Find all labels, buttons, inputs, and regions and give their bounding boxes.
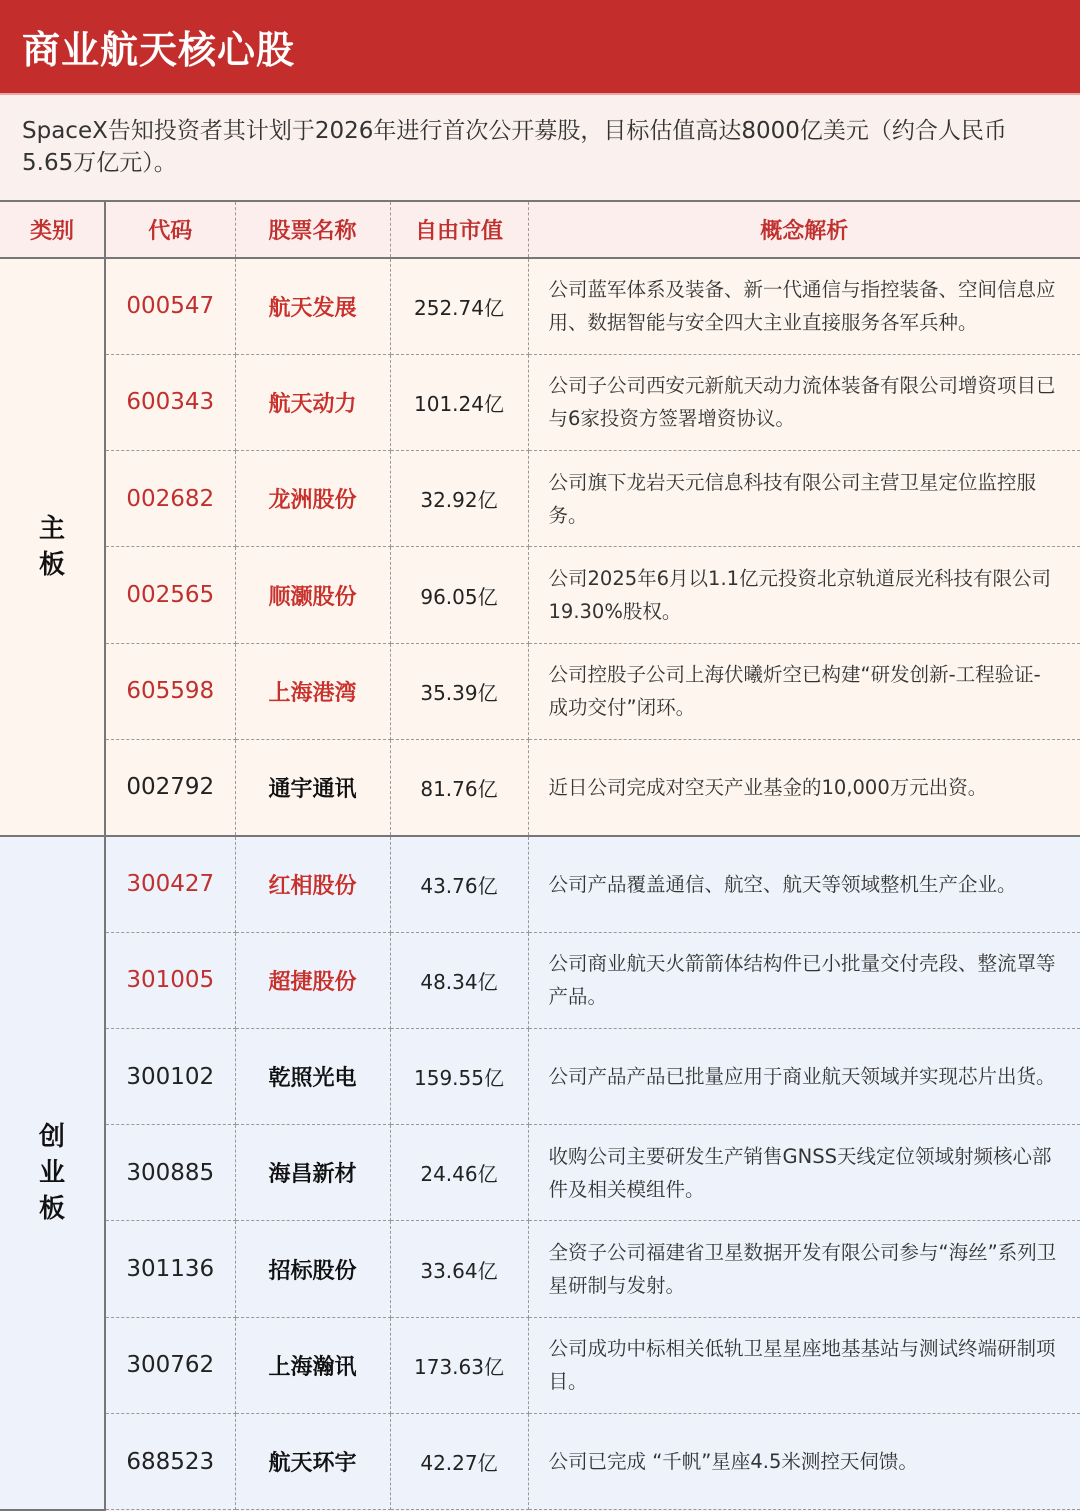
table-row: 300102乾照光电159.55亿公司产品产品已批量应用于商业航天领域并实现芯片… [0, 1028, 1080, 1124]
stock-name: 航天发展 [235, 258, 390, 354]
category-cell: 主板 [0, 258, 105, 836]
concept-description: 公司2025年6月以1.1亿元投资北京轨道辰光科技有限公司19.30%股权。 [528, 547, 1080, 643]
stock-name: 红相股份 [235, 836, 390, 932]
free-market-cap: 101.24亿 [390, 354, 528, 450]
table-row: 002682龙洲股份32.92亿公司旗下龙岩天元信息科技有限公司主营卫星定位监控… [0, 451, 1080, 547]
category-cell: 创业板 [0, 836, 105, 1510]
free-market-cap: 42.27亿 [390, 1414, 528, 1510]
header-free-market-cap: 自由市值 [390, 201, 528, 258]
free-market-cap: 173.63亿 [390, 1317, 528, 1413]
stock-code: 002682 [105, 451, 235, 547]
free-market-cap: 48.34亿 [390, 932, 528, 1028]
table-row: 301005超捷股份48.34亿公司商业航天火箭箭体结构件已小批量交付壳段、整流… [0, 932, 1080, 1028]
free-market-cap: 81.76亿 [390, 739, 528, 835]
stock-code: 605598 [105, 643, 235, 739]
table-row: 605598上海港湾35.39亿公司控股子公司上海伏曦炘空已构建“研发创新-工程… [0, 643, 1080, 739]
stock-name: 上海港湾 [235, 643, 390, 739]
table-header-row: 类别 代码 股票名称 自由市值 概念解析 [0, 201, 1080, 258]
stock-code: 300885 [105, 1125, 235, 1221]
concept-description: 近日公司完成对空天产业基金的10,000万元出资。 [528, 739, 1080, 835]
stock-name: 海昌新材 [235, 1125, 390, 1221]
concept-description: 公司已完成 “千帆”星座4.5米测控天伺馈。 [528, 1414, 1080, 1510]
free-market-cap: 32.92亿 [390, 451, 528, 547]
table-row: 300885海昌新材24.46亿收购公司主要研发生产销售GNSS天线定位领域射频… [0, 1125, 1080, 1221]
stock-code: 301136 [105, 1221, 235, 1317]
header-concept-analysis: 概念解析 [528, 201, 1080, 258]
stock-name: 顺灏股份 [235, 547, 390, 643]
stock-code: 002565 [105, 547, 235, 643]
stock-name: 超捷股份 [235, 932, 390, 1028]
table-row: 688523航天环宇42.27亿公司已完成 “千帆”星座4.5米测控天伺馈。 [0, 1414, 1080, 1510]
concept-description: 公司商业航天火箭箭体结构件已小批量交付壳段、整流罩等产品。 [528, 932, 1080, 1028]
table-row: 600343航天动力101.24亿公司子公司西安元新航天动力流体装备有限公司增资… [0, 354, 1080, 450]
stock-name: 龙洲股份 [235, 451, 390, 547]
table-row: 002792通宇通讯81.76亿近日公司完成对空天产业基金的10,000万元出资… [0, 739, 1080, 835]
concept-description: 公司子公司西安元新航天动力流体装备有限公司增资项目已与6家投资方签署增资协议。 [528, 354, 1080, 450]
free-market-cap: 252.74亿 [390, 258, 528, 354]
stock-table: 类别 代码 股票名称 自由市值 概念解析 主板000547航天发展252.74亿… [0, 200, 1080, 1511]
table-row: 002565顺灏股份96.05亿公司2025年6月以1.1亿元投资北京轨道辰光科… [0, 547, 1080, 643]
table-row: 301136招标股份33.64亿全资子公司福建省卫星数据开发有限公司参与“海丝”… [0, 1221, 1080, 1317]
header-category: 类别 [0, 201, 105, 258]
stock-name: 乾照光电 [235, 1028, 390, 1124]
table-row: 主板000547航天发展252.74亿公司蓝军体系及装备、新一代通信与指控装备、… [0, 258, 1080, 354]
stock-code: 300102 [105, 1028, 235, 1124]
free-market-cap: 43.76亿 [390, 836, 528, 932]
stock-code: 300762 [105, 1317, 235, 1413]
stock-code: 688523 [105, 1414, 235, 1510]
stock-name: 通宇通讯 [235, 739, 390, 835]
concept-description: 公司产品覆盖通信、航空、航天等领域整机生产企业。 [528, 836, 1080, 932]
header-stock-name: 股票名称 [235, 201, 390, 258]
concept-description: 公司产品产品已批量应用于商业航天领域并实现芯片出货。 [528, 1028, 1080, 1124]
stock-name: 上海瀚讯 [235, 1317, 390, 1413]
concept-description: 公司旗下龙岩天元信息科技有限公司主营卫星定位监控服务。 [528, 451, 1080, 547]
stock-name: 招标股份 [235, 1221, 390, 1317]
stock-code: 300427 [105, 836, 235, 932]
table-row: 300762上海瀚讯173.63亿公司成功中标相关低轨卫星星座地基基站与测试终端… [0, 1317, 1080, 1413]
stock-code: 600343 [105, 354, 235, 450]
header-code: 代码 [105, 201, 235, 258]
free-market-cap: 96.05亿 [390, 547, 528, 643]
concept-description: 公司控股子公司上海伏曦炘空已构建“研发创新-工程验证-成功交付”闭环。 [528, 643, 1080, 739]
concept-description: 公司蓝军体系及装备、新一代通信与指控装备、空间信息应用、数据智能与安全四大主业直… [528, 258, 1080, 354]
free-market-cap: 35.39亿 [390, 643, 528, 739]
stock-code: 002792 [105, 739, 235, 835]
free-market-cap: 33.64亿 [390, 1221, 528, 1317]
free-market-cap: 159.55亿 [390, 1028, 528, 1124]
concept-description: 公司成功中标相关低轨卫星星座地基基站与测试终端研制项目。 [528, 1317, 1080, 1413]
free-market-cap: 24.46亿 [390, 1125, 528, 1221]
stock-name: 航天动力 [235, 354, 390, 450]
category-label: 创业板 [38, 1119, 66, 1227]
concept-description: 全资子公司福建省卫星数据开发有限公司参与“海丝”系列卫星研制与发射。 [528, 1221, 1080, 1317]
stock-name: 航天环宇 [235, 1414, 390, 1510]
page-header: 商业航天核心股 [0, 0, 1080, 95]
stock-code: 301005 [105, 932, 235, 1028]
table-row: 创业板300427红相股份43.76亿公司产品覆盖通信、航空、航天等领域整机生产… [0, 836, 1080, 932]
concept-description: 收购公司主要研发生产销售GNSS天线定位领域射频核心部件及相关模组件。 [528, 1125, 1080, 1221]
page-title: 商业航天核心股 [22, 19, 295, 74]
stock-code: 000547 [105, 258, 235, 354]
intro-text: SpaceX告知投资者其计划于2026年进行首次公开募股，目标估值高达8000亿… [0, 95, 1080, 200]
category-label: 主板 [38, 511, 66, 583]
